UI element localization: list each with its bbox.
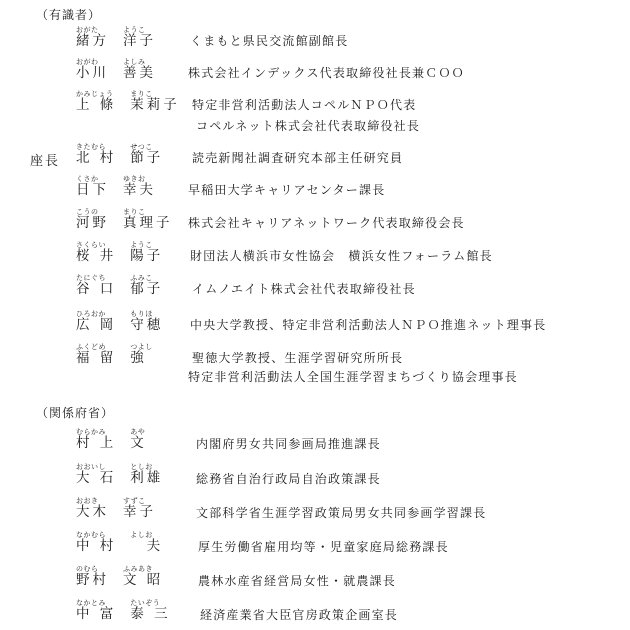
surname-kanji: 谷 口 bbox=[76, 282, 116, 297]
given-name: すずこ幸子 bbox=[123, 497, 156, 520]
given-name: ゆきお幸夫 bbox=[123, 175, 156, 198]
surname-kanji: 大 石 bbox=[76, 471, 116, 486]
surname-kanji: 上 條 bbox=[76, 98, 116, 113]
surname-kanji: 桜 井 bbox=[76, 249, 116, 264]
member-title: 総務省自治行政局自治政策課長 bbox=[196, 471, 381, 487]
surname-kanji: 河野 bbox=[76, 216, 109, 231]
given-kanji: 文 昭 bbox=[123, 573, 163, 588]
member-title: 聖徳大学教授、生涯学習研究所所長 bbox=[192, 350, 403, 366]
member-title: 早稲田大学キャリアセンター課長 bbox=[188, 182, 385, 198]
member-name: おおき大木 すずこ幸子 bbox=[76, 497, 156, 520]
given-name: ようこ洋子 bbox=[123, 26, 156, 49]
member-title: 農林水産省経営局女性・就農課長 bbox=[198, 573, 396, 589]
surname-kanji: 広 岡 bbox=[76, 318, 116, 333]
member-name: なかむら中 村 よしお 夫 bbox=[76, 531, 163, 554]
surname-kanji: 村 上 bbox=[76, 436, 116, 451]
surname: なかとみ中 富 bbox=[76, 599, 116, 622]
member-title: 経済産業省大臣官房政策企画室長 bbox=[200, 607, 398, 623]
given-name: としお利雄 bbox=[130, 463, 163, 486]
section-header-experts: （有識者） bbox=[36, 6, 101, 23]
surname-kanji: 小川 bbox=[76, 66, 109, 81]
given-name: ふみあき文 昭 bbox=[123, 565, 163, 588]
surname: むらかみ村 上 bbox=[76, 428, 116, 451]
given-kanji: 守穂 bbox=[130, 318, 163, 333]
given-kanji: 善美 bbox=[123, 66, 156, 81]
given-name: ふみこ郁子 bbox=[130, 274, 163, 297]
given-name: つよし強 bbox=[130, 343, 153, 366]
surname: のむら野村 bbox=[76, 565, 109, 588]
chair-role-label: 座長 bbox=[30, 150, 60, 169]
given-kanji: 泰 三 bbox=[130, 607, 170, 622]
member-name: むらかみ村 上 あや文 bbox=[76, 428, 147, 451]
given-name: もりほ守穂 bbox=[130, 310, 163, 333]
surname-kanji: 中 富 bbox=[76, 607, 116, 622]
surname: くさか日下 bbox=[76, 175, 109, 198]
given-kanji: 茉莉子 bbox=[130, 98, 180, 113]
section-header-ministries: （関係府省） bbox=[36, 404, 114, 421]
surname-kanji: 中 村 bbox=[76, 539, 116, 554]
given-kanji: 陽子 bbox=[130, 249, 163, 264]
member-title: 文部科学省生涯学習政策局男女共同参画学習課長 bbox=[196, 505, 486, 521]
given-kanji: 真理子 bbox=[123, 216, 173, 231]
member-name: おがわ小川 よしみ善美 bbox=[76, 58, 156, 81]
surname-kanji: 緒方 bbox=[76, 34, 109, 49]
member-title: くまもと県民交流館副館長 bbox=[190, 33, 348, 49]
member-name: ふくどめ福 留 つよし強 bbox=[76, 343, 153, 366]
given-kanji: 郁子 bbox=[130, 282, 163, 297]
given-kanji: 文 bbox=[130, 436, 147, 451]
given-kanji: 幸子 bbox=[123, 505, 156, 520]
given-kanji: 洋子 bbox=[123, 34, 156, 49]
given-name: ようこ陽子 bbox=[130, 241, 163, 264]
given-kanji: 幸夫 bbox=[123, 183, 156, 198]
member-name: かみじょう上 條 まりこ茉莉子 bbox=[76, 90, 180, 113]
given-name: よしみ善美 bbox=[123, 58, 156, 81]
member-name: たにぐち谷 口 ふみこ郁子 bbox=[76, 274, 163, 297]
surname-kanji: 日下 bbox=[76, 183, 109, 198]
surname: きたむら北 村 bbox=[76, 143, 116, 166]
given-name: あや文 bbox=[130, 428, 147, 451]
given-name: よしお 夫 bbox=[130, 531, 163, 554]
member-title: イムノエイト株式会社代表取締役社長 bbox=[192, 281, 416, 297]
member-title: 読売新聞社調査研究本部主任研究員 bbox=[192, 150, 403, 166]
given-name: せつこ節子 bbox=[130, 143, 163, 166]
member-title-secondary: 特定非営利活動法人全国生涯学習まちづくり協会理事長 bbox=[188, 369, 518, 385]
member-title: 株式会社キャリアネットワーク代表取締役会長 bbox=[188, 215, 465, 231]
member-name: こうの河野 まりこ真理子 bbox=[76, 208, 173, 231]
given-name: まりこ真理子 bbox=[123, 208, 173, 231]
member-title: 内閣府男女共同参画局推進課長 bbox=[196, 436, 381, 452]
member-title: 株式会社インデックス代表取締役社長兼ＣＯＯ bbox=[188, 65, 465, 81]
member-title: 特定非営利活動法人コペルＮＰＯ代表 bbox=[192, 97, 416, 113]
surname-kanji: 大木 bbox=[76, 505, 109, 520]
given-kanji: 節子 bbox=[130, 151, 163, 166]
surname: さくらい桜 井 bbox=[76, 241, 116, 264]
surname-kanji: 福 留 bbox=[76, 351, 116, 366]
surname: かみじょう上 條 bbox=[76, 90, 116, 113]
member-name: おがた緒方 ようこ洋子 bbox=[76, 26, 156, 49]
surname: なかむら中 村 bbox=[76, 531, 116, 554]
surname: たにぐち谷 口 bbox=[76, 274, 116, 297]
member-title-secondary: コペルネット株式会社代表取締役社長 bbox=[196, 118, 420, 134]
surname-kanji: 野村 bbox=[76, 573, 109, 588]
member-title: 厚生労働省雇用均等・児童家庭局総務課長 bbox=[198, 539, 449, 555]
given-kanji: 夫 bbox=[130, 539, 163, 554]
given-name: まりこ茉莉子 bbox=[130, 90, 180, 113]
member-name: なかとみ中 富 たいぞう泰 三 bbox=[76, 599, 171, 622]
given-kanji: 利雄 bbox=[130, 471, 163, 486]
member-title: 財団法人横浜市女性協会 横浜女性フォーラム館長 bbox=[190, 248, 493, 264]
member-name: のむら野村 ふみあき文 昭 bbox=[76, 565, 163, 588]
member-title: 中央大学教授、特定非営利活動法人ＮＰＯ推進ネット理事長 bbox=[190, 317, 546, 333]
member-name: さくらい桜 井 ようこ陽子 bbox=[76, 241, 163, 264]
member-name: きたむら北 村 せつこ節子 bbox=[76, 143, 163, 166]
given-name: たいぞう泰 三 bbox=[130, 599, 170, 622]
surname: ひろおか広 岡 bbox=[76, 310, 116, 333]
surname: ふくどめ福 留 bbox=[76, 343, 116, 366]
surname-kanji: 北 村 bbox=[76, 151, 116, 166]
given-kanji: 強 bbox=[130, 351, 147, 366]
surname: おおいし大 石 bbox=[76, 463, 116, 486]
member-name: ひろおか広 岡 もりほ守穂 bbox=[76, 310, 163, 333]
surname: おがわ小川 bbox=[76, 58, 109, 81]
member-name: おおいし大 石 としお利雄 bbox=[76, 463, 163, 486]
surname: こうの河野 bbox=[76, 208, 109, 231]
surname: おがた緒方 bbox=[76, 26, 109, 49]
member-name: くさか日下 ゆきお幸夫 bbox=[76, 175, 156, 198]
surname: おおき大木 bbox=[76, 497, 109, 520]
